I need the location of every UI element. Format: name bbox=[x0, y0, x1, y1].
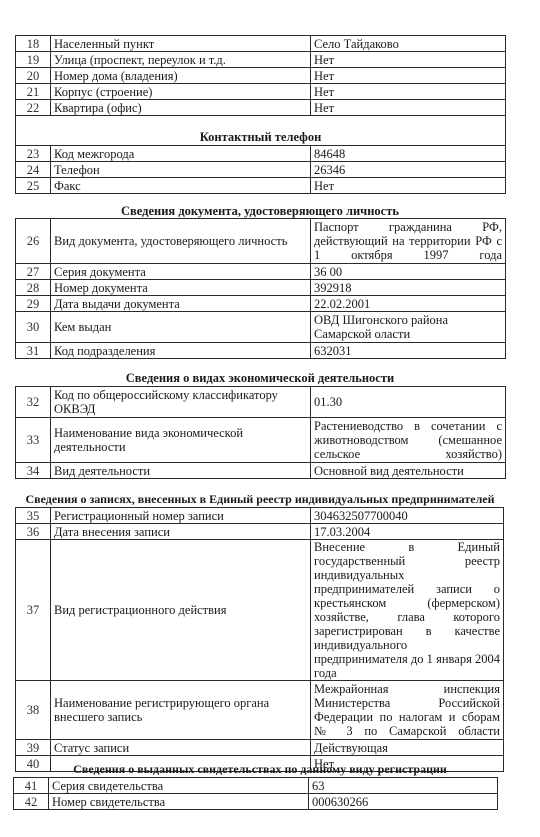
row-value: Действующая bbox=[311, 740, 504, 756]
row-label: Дата выдачи документа bbox=[51, 296, 311, 312]
section-heading-registry: Сведения о записях, внесенных в Единый р… bbox=[15, 492, 505, 506]
row-value: Паспорт гражданина РФ, действующий на те… bbox=[311, 219, 506, 264]
row-value: Нет bbox=[311, 178, 506, 194]
row-label: Код подразделения bbox=[51, 343, 311, 359]
table-row: 27 Серия документа 36 00 bbox=[16, 264, 506, 280]
contact-phone-heading: Контактный телефон bbox=[16, 116, 506, 146]
table-row: 29 Дата выдачи документа 22.02.2001 bbox=[16, 296, 506, 312]
table-row: 33 Наименование вида экономической деяте… bbox=[16, 418, 506, 463]
row-label: Факс bbox=[51, 178, 311, 194]
table-row: 30 Кем выдан ОВД Шигонского района Самар… bbox=[16, 312, 506, 343]
row-number: 25 bbox=[16, 178, 51, 194]
row-number: 27 bbox=[16, 264, 51, 280]
row-label: Телефон bbox=[51, 162, 311, 178]
row-number: 30 bbox=[16, 312, 51, 343]
certificates-table: 41 Серия свидетельства 63 42 Номер свиде… bbox=[13, 777, 498, 810]
row-number: 34 bbox=[16, 463, 51, 479]
row-label: Корпус (строение) bbox=[51, 84, 311, 100]
row-number: 20 bbox=[16, 68, 51, 84]
table-row: 37 Вид регистрационного действия Внесени… bbox=[16, 540, 504, 681]
address-table: 18 Населенный пункт Село Тайдаково 19 Ул… bbox=[15, 35, 506, 194]
table-row: 25 Факс Нет bbox=[16, 178, 506, 194]
row-number: 33 bbox=[16, 418, 51, 463]
table-row: 39 Статус записи Действующая bbox=[16, 740, 504, 756]
row-number: 26 bbox=[16, 219, 51, 264]
table-row: 26 Вид документа, удостоверяющего личнос… bbox=[16, 219, 506, 264]
row-label: Номер документа bbox=[51, 280, 311, 296]
row-value: ОВД Шигонского района Самарской оласти bbox=[311, 312, 506, 343]
row-label: Квартира (офис) bbox=[51, 100, 311, 116]
row-value: 22.02.2001 bbox=[311, 296, 506, 312]
economic-table: 32 Код по общероссийскому классификатору… bbox=[15, 386, 506, 479]
table-row: 31 Код подразделения 632031 bbox=[16, 343, 506, 359]
row-number: 36 bbox=[16, 524, 51, 540]
row-value: Нет bbox=[311, 68, 506, 84]
row-label: Серия документа bbox=[51, 264, 311, 280]
row-label: Наименование вида экономической деятельн… bbox=[51, 418, 311, 463]
table-row: 21 Корпус (строение) Нет bbox=[16, 84, 506, 100]
table-row: 23 Код межгорода 84648 bbox=[16, 146, 506, 162]
row-label: Населенный пункт bbox=[51, 36, 311, 52]
row-label: Серия свидетельства bbox=[49, 778, 309, 794]
table-row: 19 Улица (проспект, переулок и т.д. Нет bbox=[16, 52, 506, 68]
row-label: Вид деятельности bbox=[51, 463, 311, 479]
row-number: 35 bbox=[16, 508, 51, 524]
row-value: Нет bbox=[311, 84, 506, 100]
row-number: 28 bbox=[16, 280, 51, 296]
row-label: Код по общероссийскому классификатору ОК… bbox=[51, 387, 311, 418]
table-row: 35 Регистрационный номер записи 30463250… bbox=[16, 508, 504, 524]
row-number: 42 bbox=[14, 794, 49, 810]
row-number: 39 bbox=[16, 740, 51, 756]
identity-table: 26 Вид документа, удостоверяющего личнос… bbox=[15, 218, 506, 359]
row-value: 84648 bbox=[311, 146, 506, 162]
row-number: 23 bbox=[16, 146, 51, 162]
table-row: 36 Дата внесения записи 17.03.2004 bbox=[16, 524, 504, 540]
row-value: Внесение в Единый государственный реестр… bbox=[311, 540, 504, 681]
registry-table: 35 Регистрационный номер записи 30463250… bbox=[15, 507, 504, 772]
row-number: 29 bbox=[16, 296, 51, 312]
row-label: Номер дома (владения) bbox=[51, 68, 311, 84]
row-value: 632031 bbox=[311, 343, 506, 359]
row-number: 31 bbox=[16, 343, 51, 359]
section-heading-identity: Сведения документа, удостоверяющего личн… bbox=[15, 204, 505, 218]
table-row: 32 Код по общероссийскому классификатору… bbox=[16, 387, 506, 418]
row-value: 36 00 bbox=[311, 264, 506, 280]
row-label: Улица (проспект, переулок и т.д. bbox=[51, 52, 311, 68]
row-value: 01.30 bbox=[311, 387, 506, 418]
row-number: 19 bbox=[16, 52, 51, 68]
table-row: 41 Серия свидетельства 63 bbox=[14, 778, 498, 794]
row-number: 38 bbox=[16, 681, 51, 740]
table-row: 42 Номер свидетельства 000630266 bbox=[14, 794, 498, 810]
row-value: 000630266 bbox=[309, 794, 498, 810]
row-number: 18 bbox=[16, 36, 51, 52]
row-number: 37 bbox=[16, 540, 51, 681]
row-label: Регистрационный номер записи bbox=[51, 508, 311, 524]
row-value: Растениеводство в сочетании с животновод… bbox=[311, 418, 506, 463]
row-number: 22 bbox=[16, 100, 51, 116]
row-value: Село Тайдаково bbox=[311, 36, 506, 52]
row-label: Статус записи bbox=[51, 740, 311, 756]
table-row: 34 Вид деятельности Основной вид деятель… bbox=[16, 463, 506, 479]
section-heading-certificates: Сведения о выданных свидетельствах по да… bbox=[15, 762, 505, 776]
section-heading-economic: Сведения о видах экономической деятельно… bbox=[15, 371, 505, 385]
row-label: Код межгорода bbox=[51, 146, 311, 162]
row-value: 304632507700040 bbox=[311, 508, 504, 524]
row-label: Вид регистрационного действия bbox=[51, 540, 311, 681]
table-row: 28 Номер документа 392918 bbox=[16, 280, 506, 296]
row-value: Нет bbox=[311, 52, 506, 68]
table-row: 38 Наименование регистрирующего органа в… bbox=[16, 681, 504, 740]
row-label: Кем выдан bbox=[51, 312, 311, 343]
row-number: 32 bbox=[16, 387, 51, 418]
table-row: 24 Телефон 26346 bbox=[16, 162, 506, 178]
row-value: Основной вид деятельности bbox=[311, 463, 506, 479]
row-number: 24 bbox=[16, 162, 51, 178]
row-label: Дата внесения записи bbox=[51, 524, 311, 540]
row-number: 21 bbox=[16, 84, 51, 100]
row-label: Наименование регистрирующего органа внес… bbox=[51, 681, 311, 740]
row-value: Нет bbox=[311, 100, 506, 116]
table-row: 22 Квартира (офис) Нет bbox=[16, 100, 506, 116]
contact-heading-row: Контактный телефон bbox=[16, 116, 506, 146]
row-value: 17.03.2004 bbox=[311, 524, 504, 540]
row-label: Вид документа, удостоверяющего личность bbox=[51, 219, 311, 264]
row-value: 26346 bbox=[311, 162, 506, 178]
row-number: 41 bbox=[14, 778, 49, 794]
row-value: 392918 bbox=[311, 280, 506, 296]
table-row: 20 Номер дома (владения) Нет bbox=[16, 68, 506, 84]
row-label: Номер свидетельства bbox=[49, 794, 309, 810]
row-value: Межрайонная инспекция Министерства Росси… bbox=[311, 681, 504, 740]
table-row: 18 Населенный пункт Село Тайдаково bbox=[16, 36, 506, 52]
row-value: 63 bbox=[309, 778, 498, 794]
